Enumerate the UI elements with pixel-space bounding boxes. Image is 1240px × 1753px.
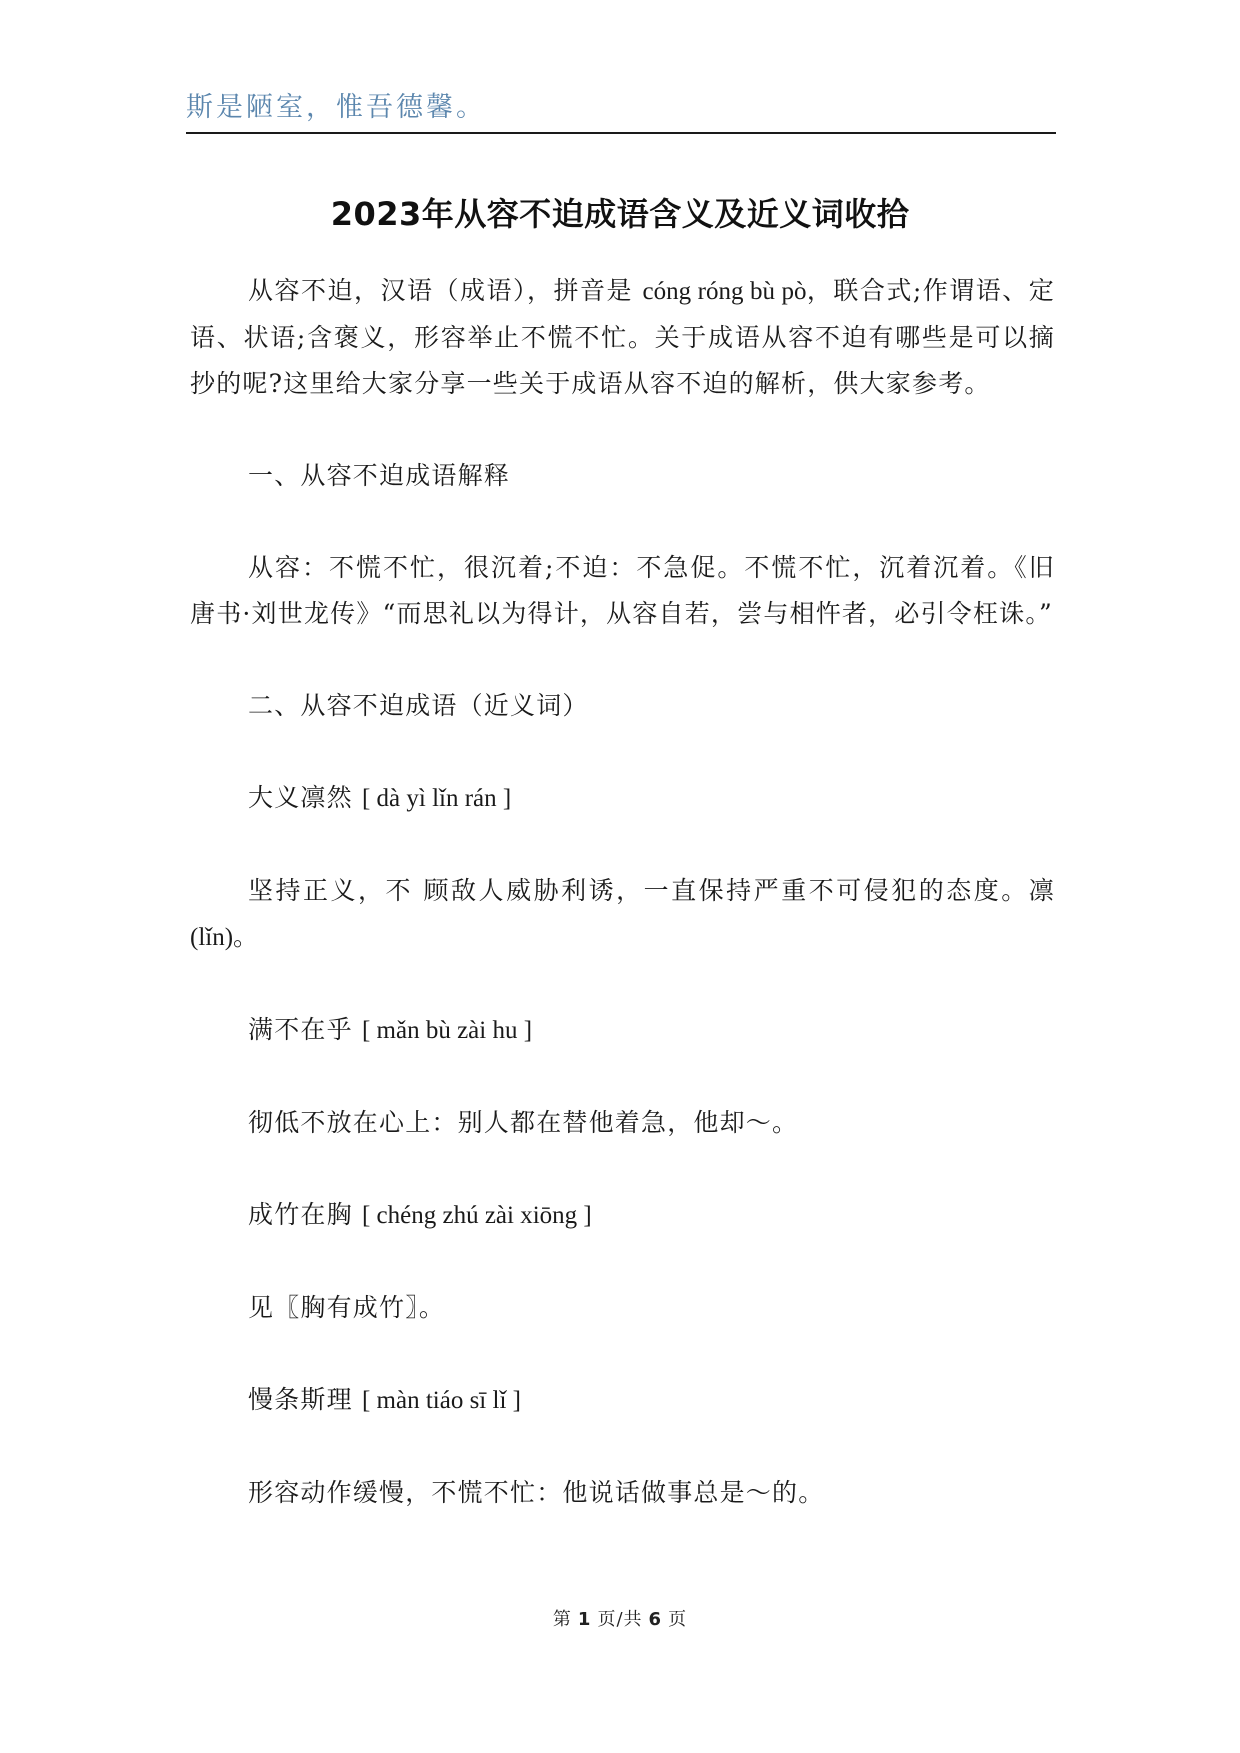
document-body: 从容不迫，汉语（成语），拼音是 cóng róng bù pò，联合式;作谓语、…	[190, 268, 1055, 1516]
total-pages-number: 6	[649, 1609, 663, 1630]
page-number-footer: 第1页/共6页	[0, 1605, 1240, 1631]
synonym-word: 大义凛然	[248, 783, 353, 812]
synonym-definition: 见〖胸有成竹〗。	[190, 1285, 1055, 1331]
section-heading-synonyms: 二、从容不迫成语（近义词）	[190, 683, 1055, 729]
definition-pinyin: (lǐn)	[190, 924, 233, 951]
synonym-definition: 坚持正义，不 顾敌人威胁利诱，一直保持严重不可侵犯的态度。凛(lǐn)。	[190, 868, 1055, 961]
synonym-pinyin: [ chéng zhú zài xiōng ]	[362, 1202, 592, 1229]
definition-text-end: 。	[233, 922, 259, 951]
document-title: 2023年从容不迫成语含义及近义词收拾	[0, 192, 1240, 236]
synonym-definition: 彻低不放在心上：别人都在替他着急，他却～。	[190, 1100, 1055, 1146]
header-divider	[186, 132, 1056, 134]
page-header: 斯是陋室，惟吾德馨。	[186, 88, 1056, 134]
intro-text-start: 从容不迫，汉语（成语），拼音是	[248, 276, 642, 305]
footer-suffix: 页	[668, 1609, 687, 1630]
footer-prefix: 第	[553, 1609, 572, 1630]
synonym-pinyin: [ dà yì lǐn rán ]	[362, 785, 511, 812]
synonym-word: 满不在乎	[248, 1015, 353, 1044]
synonym-entry-title: 大义凛然 [ dà yì lǐn rán ]	[190, 775, 1055, 822]
footer-middle: 页/共	[597, 1609, 642, 1630]
synonym-word: 成竹在胸	[248, 1200, 353, 1229]
synonym-entry-title: 慢条斯理 [ màn tiáo sī lǐ ]	[190, 1377, 1055, 1424]
intro-paragraph: 从容不迫，汉语（成语），拼音是 cóng róng bù pò，联合式;作谓语、…	[190, 268, 1055, 407]
header-motto: 斯是陋室，惟吾德馨。	[186, 88, 1056, 130]
synonym-pinyin: [ mǎn bù zài hu ]	[362, 1017, 532, 1044]
definition-text: 坚持正义，不 顾敌人威胁利诱，一直保持严重不可侵犯的态度。凛	[248, 876, 1055, 905]
synonym-word: 慢条斯理	[248, 1385, 353, 1414]
explanation-paragraph: 从容：不慌不忙，很沉着;不迫：不急促。不慌不忙，沉着沉着。《旧唐书·刘世龙传》“…	[190, 545, 1055, 637]
synonym-pinyin: [ màn tiáo sī lǐ ]	[362, 1387, 521, 1414]
synonym-entry-title: 成竹在胸 [ chéng zhú zài xiōng ]	[190, 1192, 1055, 1239]
synonym-entry-title: 满不在乎 [ mǎn bù zài hu ]	[190, 1007, 1055, 1054]
synonym-definition: 形容动作缓慢，不慌不忙：他说话做事总是～的。	[190, 1470, 1055, 1516]
intro-pinyin: cóng róng bù pò	[642, 278, 806, 305]
section-heading-explanation: 一、从容不迫成语解释	[190, 453, 1055, 499]
current-page-number: 1	[578, 1609, 592, 1630]
